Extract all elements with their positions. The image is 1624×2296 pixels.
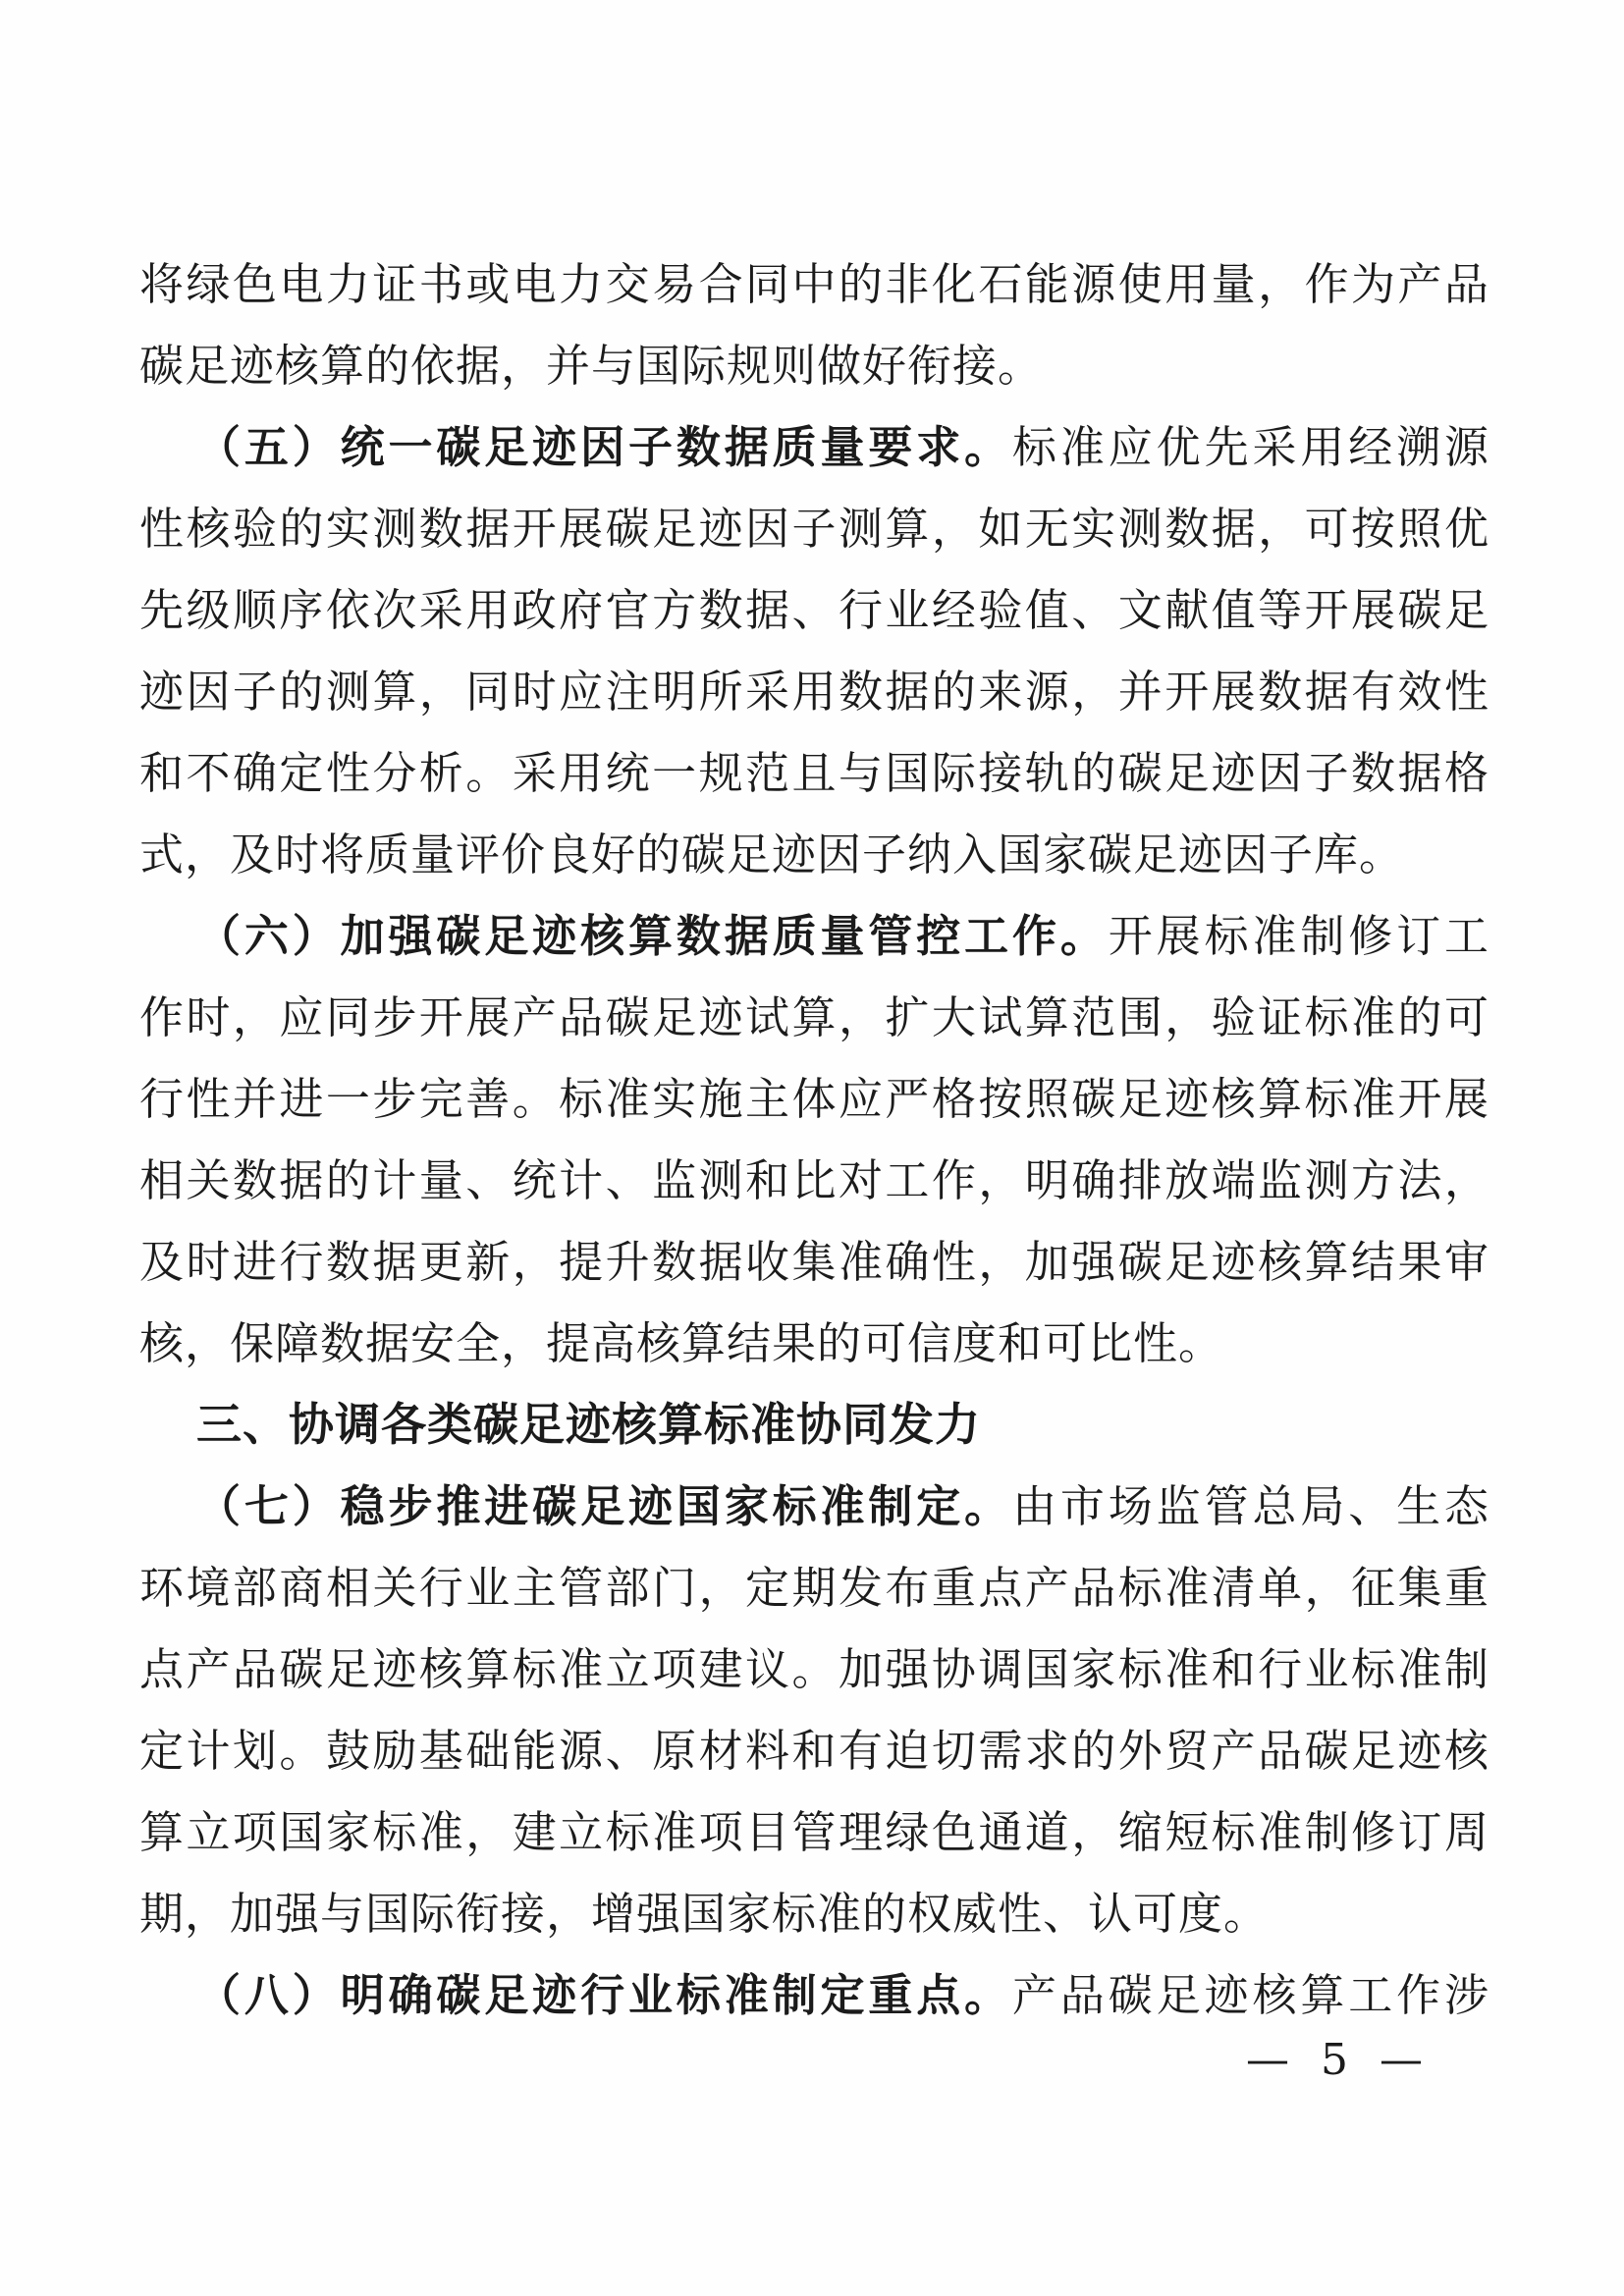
paragraph-line: 先级顺序依次采用政府官方数据、行业经验值、文献值等开展碳足 xyxy=(139,569,1489,651)
paragraph-line: 和不确定性分析。采用统一规范且与国际接轨的碳足迹因子数据格 xyxy=(139,732,1489,814)
paragraph-line: 算立项国家标准，建立标准项目管理绿色通道，缩短标准制修订周 xyxy=(139,1791,1489,1873)
paragraph-line: 行性并进一步完善。标准实施主体应严格按照碳足迹核算标准开展 xyxy=(139,1058,1489,1140)
paragraph-lead-bold: （五）统一碳足迹因子数据质量要求。 xyxy=(196,421,1012,473)
paragraph-line: 核，保障数据安全，提高核算结果的可信度和可比性。 xyxy=(139,1303,1489,1384)
line-text: 作时，应同步开展产品碳足迹试算，扩大试算范围，验证标准的可 xyxy=(139,991,1489,1043)
line-text: 定计划。鼓励基础能源、原材料和有迫切需求的外贸产品碳足迹核 xyxy=(139,1725,1489,1777)
paragraph-line: 及时进行数据更新，提升数据收集准确性，加强碳足迹核算结果审 xyxy=(139,1221,1489,1303)
paragraph-line: 将绿色电力证书或电力交易合同中的非化石能源使用量，作为产品 xyxy=(139,243,1489,325)
line-text: 迹因子的测算，同时应注明所采用数据的来源，并开展数据有效性 xyxy=(139,666,1489,718)
paragraph-lead-bold: （六）加强碳足迹核算数据质量管控工作。 xyxy=(196,910,1109,962)
document-page: 将绿色电力证书或电力交易合同中的非化石能源使用量，作为产品碳足迹核算的依据，并与… xyxy=(0,0,1624,2296)
line-text: 标准应优先采用经溯源 xyxy=(1012,421,1489,473)
line-text: 产品碳足迹核算工作涉 xyxy=(1012,1969,1489,2021)
paragraph-line: 点产品碳足迹核算标准立项建议。加强协调国家标准和行业标准制 xyxy=(139,1629,1489,1710)
paragraph-line: 作时，应同步开展产品碳足迹试算，扩大试算范围，验证标准的可 xyxy=(139,977,1489,1058)
paragraph-line: （六）加强碳足迹核算数据质量管控工作。开展标准制修订工 xyxy=(139,895,1489,977)
paragraph-lead-bold: （八）明确碳足迹行业标准制定重点。 xyxy=(196,1969,1012,2021)
line-text: 性核验的实测数据开展碳足迹因子测算，如无实测数据，可按照优 xyxy=(139,503,1489,555)
paragraph-line: 碳足迹核算的依据，并与国际规则做好衔接。 xyxy=(139,325,1489,406)
line-text: 先级顺序依次采用政府官方数据、行业经验值、文献值等开展碳足 xyxy=(139,584,1489,636)
paragraph-line: 性核验的实测数据开展碳足迹因子测算，如无实测数据，可按照优 xyxy=(139,488,1489,569)
paragraph-line: （八）明确碳足迹行业标准制定重点。产品碳足迹核算工作涉 xyxy=(139,1954,1489,2036)
line-text: 和不确定性分析。采用统一规范且与国际接轨的碳足迹因子数据格 xyxy=(139,747,1489,799)
document-body: 将绿色电力证书或电力交易合同中的非化石能源使用量，作为产品碳足迹核算的依据，并与… xyxy=(139,243,1489,2036)
section-heading: 三、协调各类碳足迹核算标准协同发力 xyxy=(139,1384,1489,1466)
line-text: 将绿色电力证书或电力交易合同中的非化石能源使用量，作为产品 xyxy=(139,258,1489,310)
line-text: 及时进行数据更新，提升数据收集准确性，加强碳足迹核算结果审 xyxy=(139,1236,1489,1288)
line-text: 碳足迹核算的依据，并与国际规则做好衔接。 xyxy=(139,340,1043,392)
line-text: 点产品碳足迹核算标准立项建议。加强协调国家标准和行业标准制 xyxy=(139,1643,1489,1695)
paragraph-line: 式，及时将质量评价良好的碳足迹因子纳入国家碳足迹因子库。 xyxy=(139,814,1489,895)
line-text: 由市场监管总局、生态 xyxy=(1012,1480,1489,1532)
line-text: 行性并进一步完善。标准实施主体应严格按照碳足迹核算标准开展 xyxy=(139,1073,1489,1125)
line-text: 期，加强与国际衔接，增强国家标准的权威性、认可度。 xyxy=(139,1888,1269,1940)
line-text: 核，保障数据安全，提高核算结果的可信度和可比性。 xyxy=(139,1317,1223,1369)
line-text: 式，及时将质量评价良好的碳足迹因子纳入国家碳足迹因子库。 xyxy=(139,828,1404,881)
paragraph-line: 环境部商相关行业主管部门，定期发布重点产品标准清单，征集重 xyxy=(139,1547,1489,1629)
paragraph-lead-bold: （七）稳步推进碳足迹国家标准制定。 xyxy=(196,1480,1012,1532)
paragraph-line: （五）统一碳足迹因子数据质量要求。标准应优先采用经溯源 xyxy=(139,406,1489,488)
line-text: 三、协调各类碳足迹核算标准协同发力 xyxy=(196,1399,981,1450)
page-number: — 5 — xyxy=(1246,2034,1423,2087)
paragraph-line: 定计划。鼓励基础能源、原材料和有迫切需求的外贸产品碳足迹核 xyxy=(139,1710,1489,1791)
paragraph-line: 期，加强与国际衔接，增强国家标准的权威性、认可度。 xyxy=(139,1873,1489,1954)
line-text: 环境部商相关行业主管部门，定期发布重点产品标准清单，征集重 xyxy=(139,1562,1489,1614)
line-text: 算立项国家标准，建立标准项目管理绿色通道，缩短标准制修订周 xyxy=(139,1806,1489,1858)
paragraph-line: 相关数据的计量、统计、监测和比对工作，明确排放端监测方法， xyxy=(139,1140,1489,1221)
paragraph-line: 迹因子的测算，同时应注明所采用数据的来源，并开展数据有效性 xyxy=(139,651,1489,732)
paragraph-line: （七）稳步推进碳足迹国家标准制定。由市场监管总局、生态 xyxy=(139,1466,1489,1547)
line-text: 开展标准制修订工 xyxy=(1109,910,1489,962)
line-text: 相关数据的计量、统计、监测和比对工作，明确排放端监测方法， xyxy=(139,1154,1489,1206)
